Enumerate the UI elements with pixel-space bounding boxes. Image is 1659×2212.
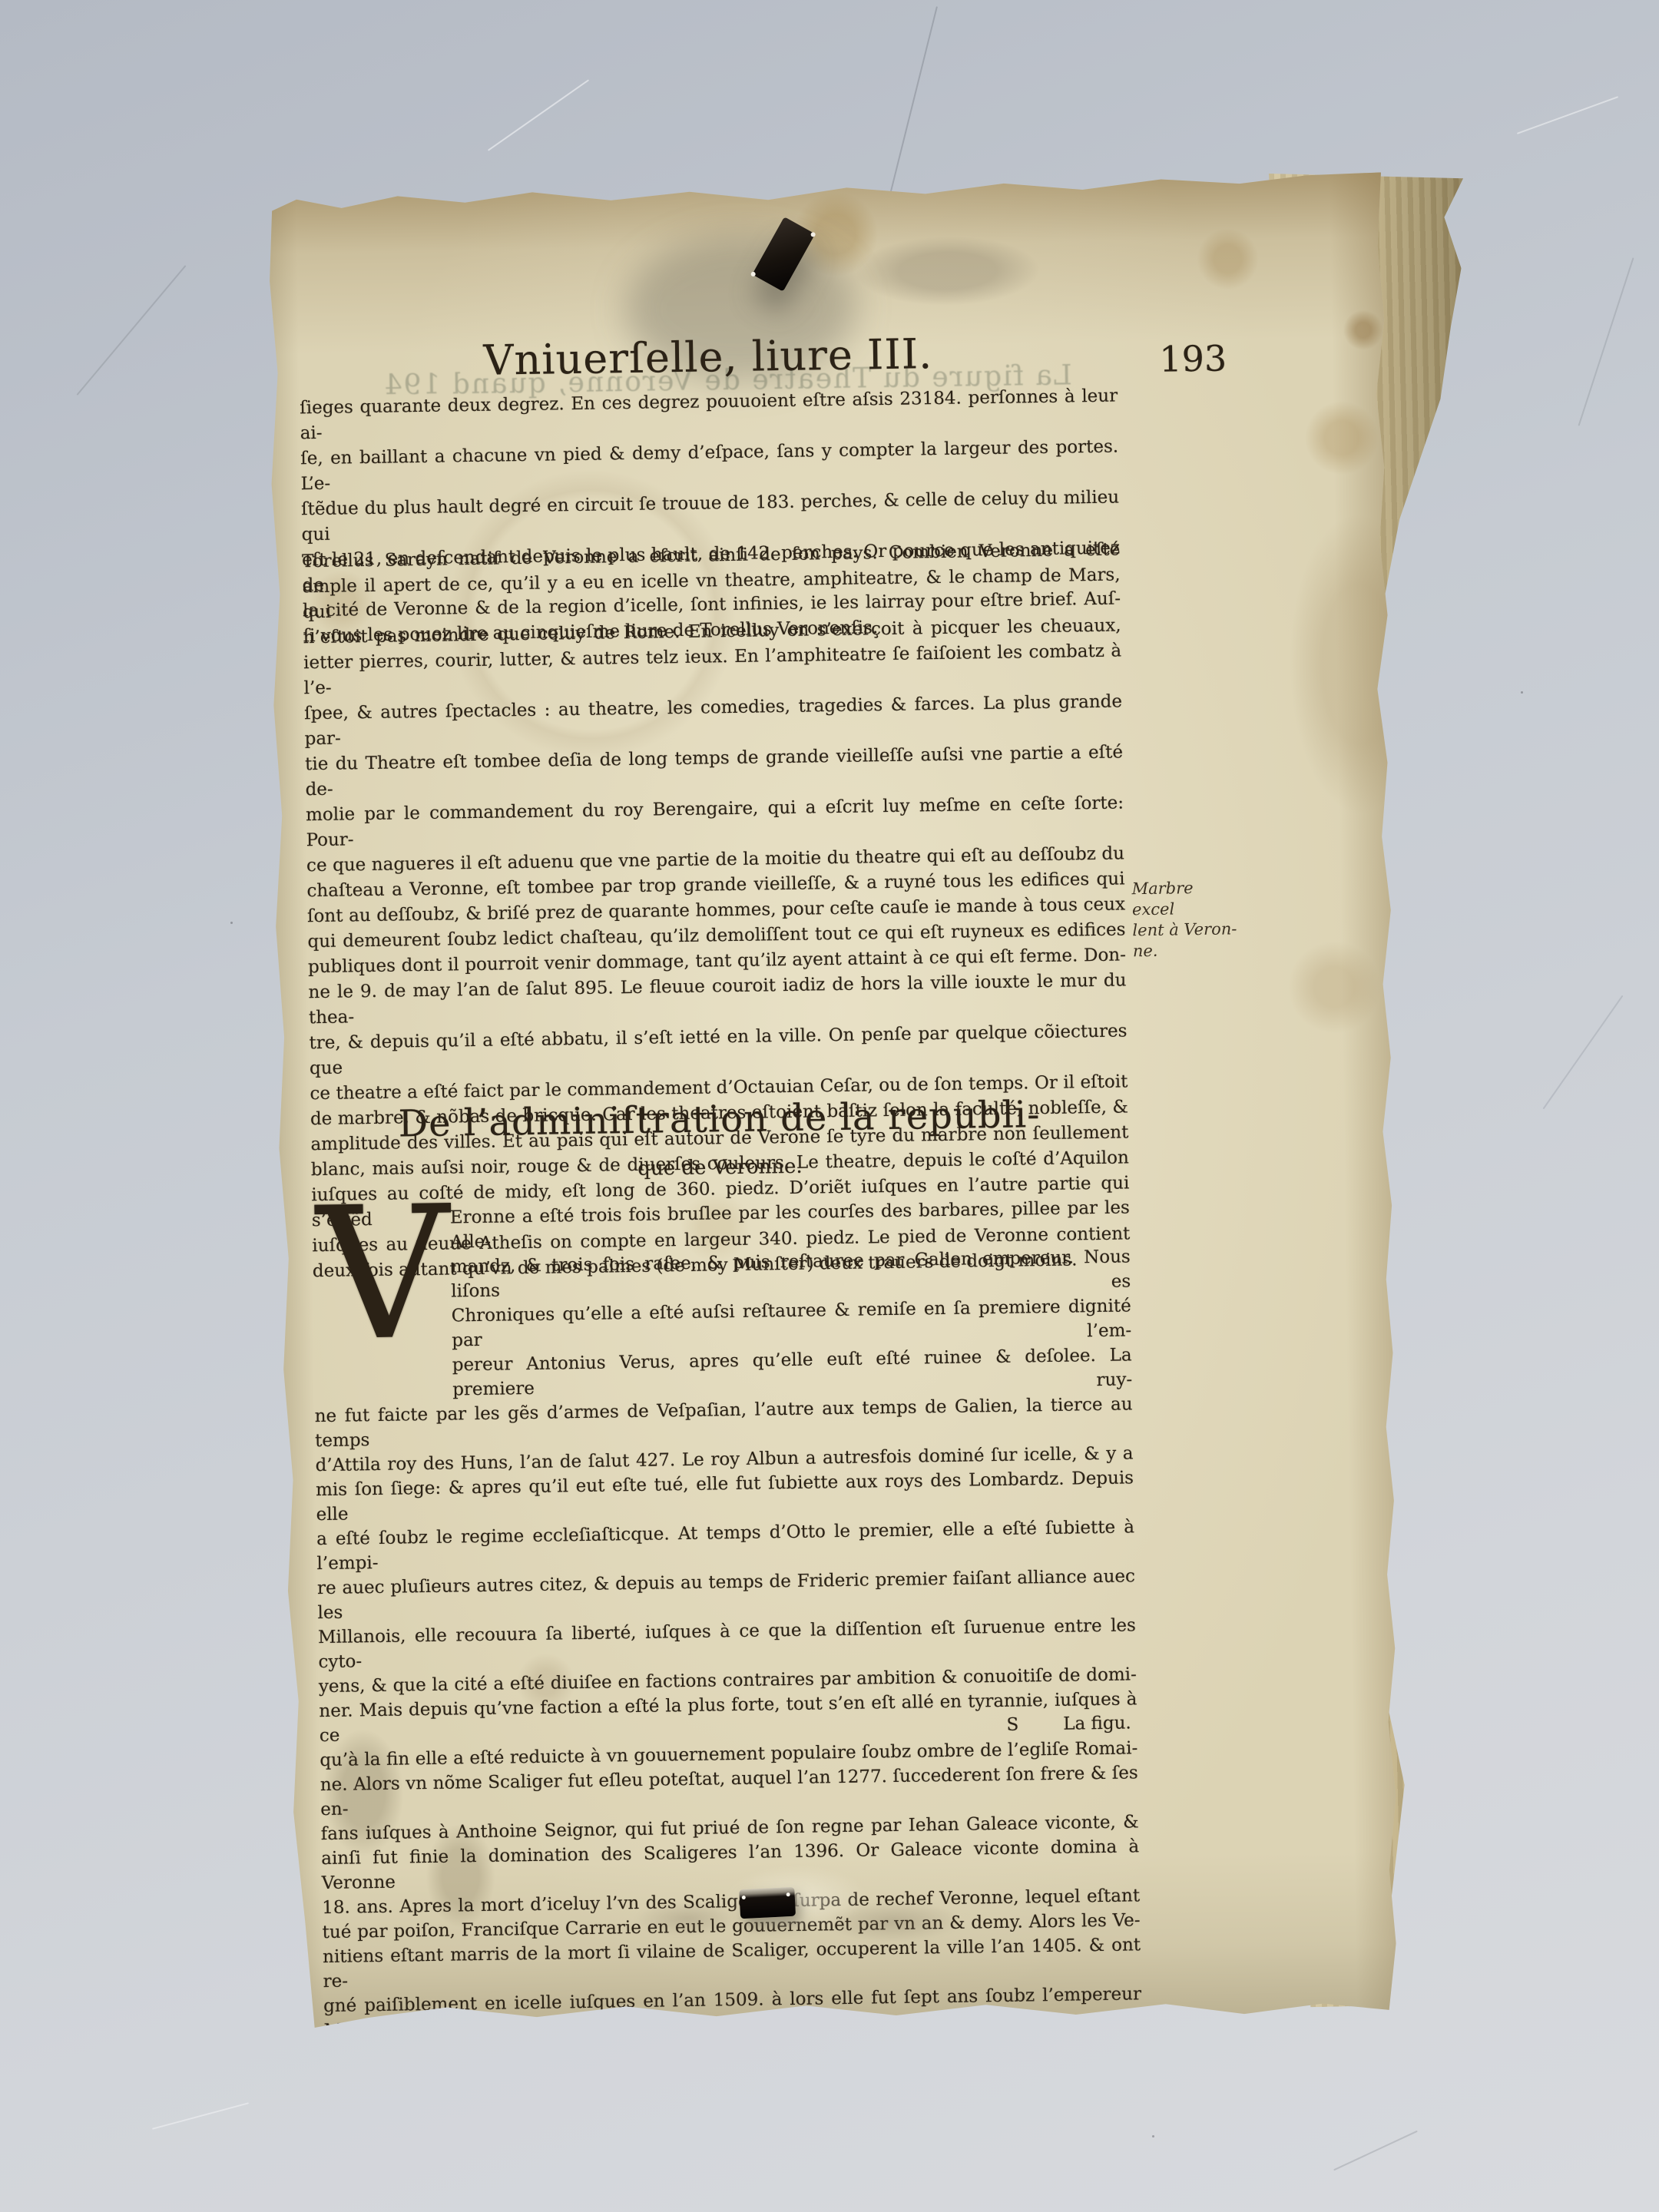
catchword: La figu.	[1063, 1713, 1131, 1734]
photo-of-antique-book-page: { "photo": { "background_color": "#c6cbd…	[0, 0, 1659, 2212]
scratch	[1517, 96, 1618, 134]
scratch	[1543, 995, 1624, 1110]
magnet-highlight	[810, 231, 816, 237]
scratch	[77, 265, 187, 396]
text-line: lent à Veron-	[1132, 919, 1240, 941]
text-line: Marbre excel	[1131, 877, 1240, 920]
signature-mark: S	[1006, 1715, 1018, 1735]
scratch	[488, 79, 589, 151]
text-line: ne.	[1133, 939, 1240, 962]
margin-note: Marbre excellent à Veron-ne.	[1131, 877, 1240, 962]
scratch	[1578, 257, 1634, 426]
folio-number: 193	[1159, 337, 1227, 379]
dust-speck	[230, 922, 233, 924]
scratch	[152, 2102, 249, 2130]
bottom-magnet-clip	[739, 1887, 796, 1919]
paragraph-3-wrap: V Eronne a eſté trois fois bruſlee par l…	[312, 1195, 1142, 2068]
magnet-highlight	[786, 1892, 790, 1896]
dust-speck	[1152, 2135, 1154, 2137]
drop-cap-V: V	[316, 1183, 450, 1368]
dust-speck	[1521, 691, 1523, 694]
book-page: La figure du Theatre de Veronne, quand 1…	[263, 172, 1412, 2033]
text-line: milian, qui la reſtitua aux Venitiens, l…	[324, 2031, 1142, 2068]
magnet-highlight	[742, 1896, 746, 1899]
scratch	[1333, 2131, 1418, 2171]
